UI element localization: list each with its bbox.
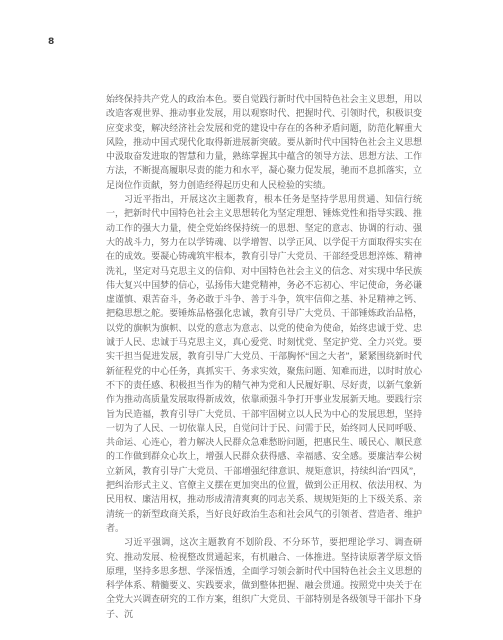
document-page: 8 始终保持共产党人的政治本色。要自觉践行新时代中国特色社会主义思想，用以改造客… [0,0,503,640]
page-number: 8 [48,37,54,47]
body-text-block: 始终保持共产党人的政治本色。要自觉践行新时代中国特色社会主义思想，用以改造客观世… [106,92,422,621]
body-paragraph: 习近平指出，开展这次主题教育，根本任务是坚持学思用贯通、知信行统一，把新时代中国… [106,192,422,535]
body-paragraph: 习近平强调，这次主题教育不划阶段、不分环节，要把理论学习、调查研究、推动发展、检… [106,535,422,621]
body-paragraph: 始终保持共产党人的政治本色。要自觉践行新时代中国特色社会主义思想，用以改造客观世… [106,92,422,192]
